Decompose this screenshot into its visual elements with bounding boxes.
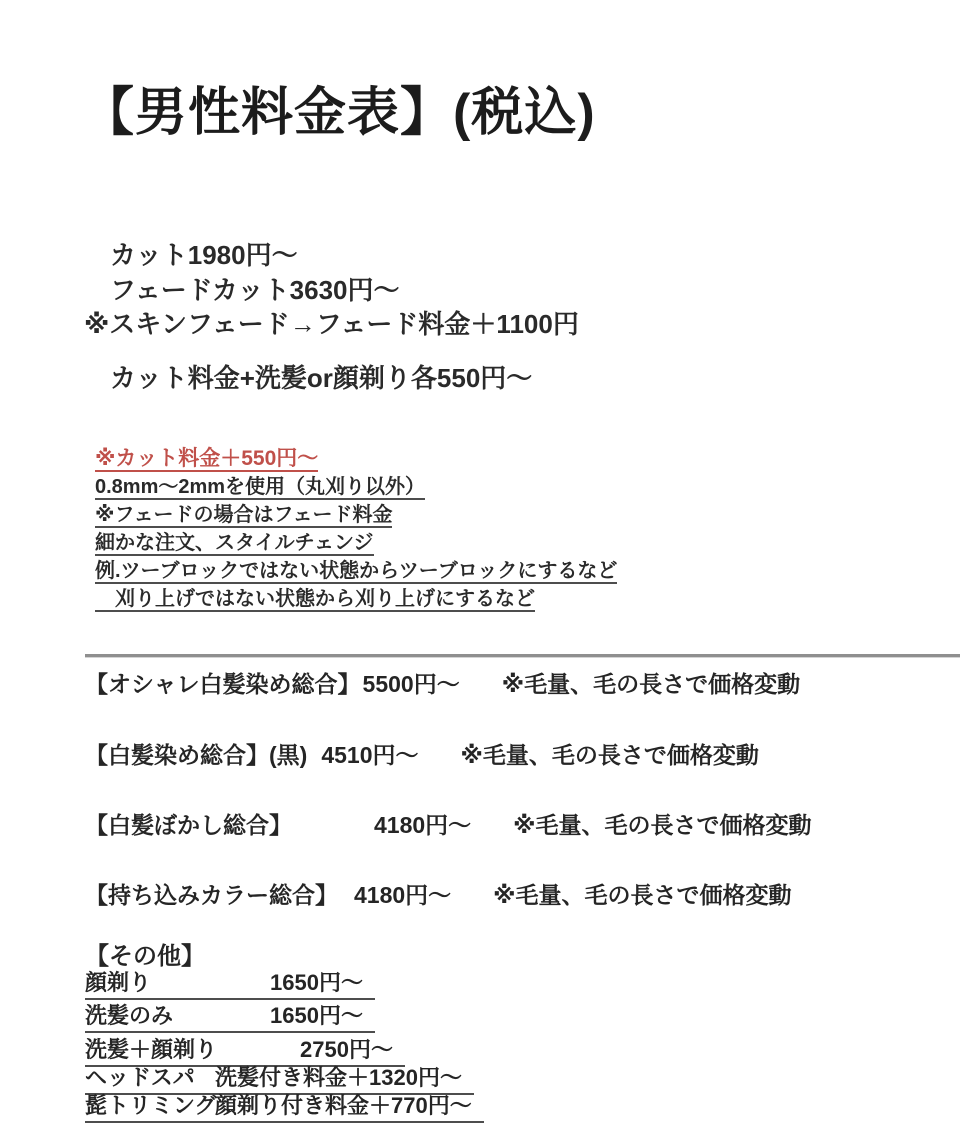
other-row-label: 洗髪のみ [85, 999, 270, 1030]
cut-price-line: カット1980円～ [110, 235, 298, 272]
other-menu-row: 洗髪のみ 1650円～ [85, 999, 375, 1033]
menu-item-price: 4510円～ [321, 737, 418, 770]
menu-item-price: 5500円～ [363, 666, 460, 699]
section-divider [85, 654, 960, 658]
menu-item-price: 4180円～ [374, 807, 471, 840]
page-title: 【男性料金表】(税込) [82, 70, 596, 145]
other-row-price: 2750円～ [300, 1033, 393, 1064]
cut-combo-price-line: カット料金+洗髪or顔剃り各550円～ [110, 358, 532, 395]
menu-item-note: ※毛量、毛の長さで価格変動 [461, 737, 759, 770]
other-menu-row: 髭トリミング 顔剃り付き料金＋770円～ [85, 1089, 484, 1123]
other-menu-row: 顔剃り 1650円～ [85, 966, 375, 1000]
menu-item-price: 4180円～ [354, 877, 451, 910]
fade-cut-price-line: フェードカット3630円～ [110, 270, 400, 307]
clipper-note-highlight: ※カット料金＋550円～ [95, 448, 318, 472]
menu-item-label: 【オシャレ白髪染め総合】 [85, 666, 361, 699]
color-menu-row: 【オシャレ白髪染め総合】 5500円～ ※毛量、毛の長さで価格変動 [85, 666, 800, 699]
color-menu-row: 【白髪ぼかし総合】 4180円～ ※毛量、毛の長さで価格変動 [85, 807, 812, 840]
color-menu-row: 【白髪染め総合】(黒) 4510円～ ※毛量、毛の長さで価格変動 [85, 737, 759, 770]
skin-fade-note-line: ※スキンフェード→フェード料金＋1100円 [84, 304, 579, 341]
menu-item-note: ※毛量、毛の長さで価格変動 [502, 666, 800, 699]
other-row-label: 洗髪＋顔剃り [85, 1033, 300, 1064]
menu-item-label: 【白髪ぼかし総合】 [85, 807, 292, 840]
other-row-price: 1650円～ [270, 999, 363, 1030]
clipper-note-line: ※フェードの場合はフェード料金 [95, 504, 392, 528]
other-row-price: 洗髪付き料金＋1320円～ [215, 1061, 462, 1092]
clipper-note-line: 刈り上げではない状態から刈り上げにするなど [95, 588, 535, 612]
clipper-notes-block: ※カット料金＋550円～ 0.8mm～2mmを使用（丸刈り以外） ※フェードの場… [95, 448, 617, 616]
other-row-label: 髭トリミング [85, 1089, 215, 1120]
menu-item-label: 【白髪染め総合】(黒) [85, 737, 307, 770]
other-row-label: 顔剃り [85, 966, 270, 997]
clipper-note-line: 細かな注文、スタイルチェンジ [95, 532, 374, 556]
clipper-note-line: 0.8mm～2mmを使用（丸刈り以外） [95, 476, 425, 500]
other-row-price: 顔剃り付き料金＋770円～ [215, 1089, 472, 1120]
menu-item-label: 【持ち込みカラー総合】 [85, 877, 338, 910]
other-row-price: 1650円～ [270, 966, 363, 997]
other-row-label: ヘッドスパ [85, 1061, 215, 1092]
clipper-note-line: 例.ツーブロックではない状態からツーブロックにするなど [95, 560, 617, 584]
color-menu-row: 【持ち込みカラー総合】 4180円～ ※毛量、毛の長さで価格変動 [85, 877, 792, 910]
menu-item-note: ※毛量、毛の長さで価格変動 [493, 877, 791, 910]
menu-item-note: ※毛量、毛の長さで価格変動 [513, 807, 811, 840]
